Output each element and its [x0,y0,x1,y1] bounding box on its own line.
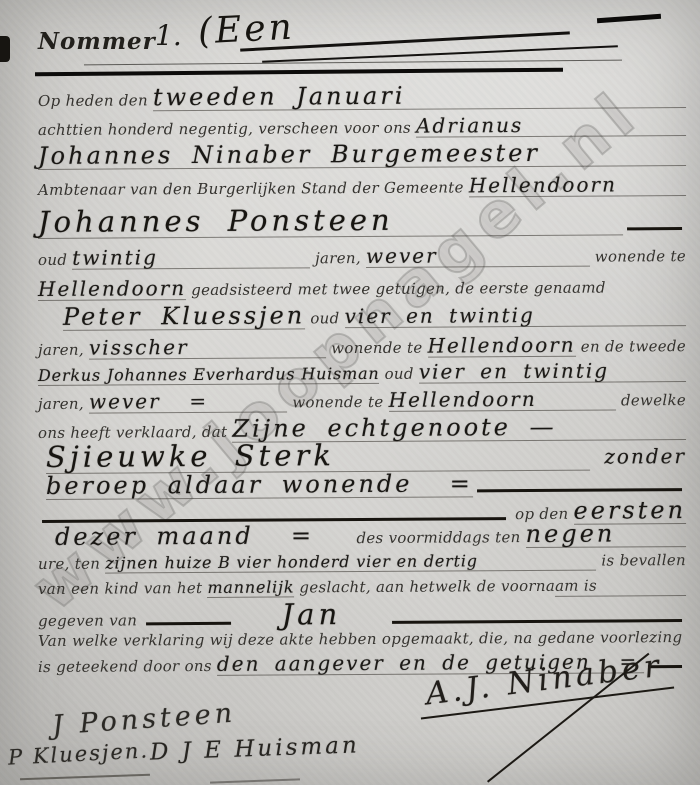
handwritten-text: Adrianus [416,114,686,138]
handwritten-text: visscher [89,336,326,359]
pen-stroke [627,227,682,230]
scan-artifact [20,774,150,781]
document-line-1: Op heden den tweeden Januari [38,82,686,112]
signature-witness-2: D J E Huisman [150,732,361,765]
printed-text: is geteekend door ons [38,657,217,676]
printed-text: oud [305,309,344,327]
handwritten-text: Hellendoorn [469,174,686,197]
handwritten-text: Hellendoorn [38,278,186,301]
printed-text: Op heden den [38,91,153,110]
printed-text: oud [38,251,72,269]
printed-text: Van welke verklaring wij deze akte hebbe… [38,628,682,650]
header-underline [84,60,622,66]
document-line-5: Johannes Ponsteen [38,204,686,239]
document-line-9: jaren, visscher wonende te Hellendoorn e… [38,334,686,360]
printed-text: wonende te [287,393,388,412]
document-scan: Nommer 1. (Een www.joopnagel.nl Op heden… [0,0,700,785]
handwritten-text: negen [526,521,687,548]
handwritten-text: beroep aldaar wonende = [46,471,473,500]
header-rule [35,68,563,77]
signature-witness-1: P Kluesjen. [7,738,149,769]
printed-text: des voormiddags ten [351,528,525,547]
document-line-4: Ambtenaar van den Burgerlijken Stand der… [38,174,686,200]
handwritten-text: Sjieuwke Sterk [46,440,590,474]
printed-text: wonende te [590,247,686,266]
handwritten-text: Johannes Ninaber Burgemeester [38,140,686,170]
pen-stroke [146,622,231,626]
printed-text: en de tweede [576,337,686,356]
handwritten-text: Hellendoorn [427,335,575,358]
scan-artifact [210,778,300,783]
document-line-6: oud twintig jaren, wever wonende te [38,244,686,270]
printed-text: jaren, [38,341,89,359]
handwritten-text: twintig [72,246,310,269]
handwritten-text: Hellendoorn [389,388,616,411]
printed-text: jaren, [38,395,89,413]
document-number-label: Nommer [38,30,156,53]
document-line-19: gegeven van Jan [38,598,686,631]
printed-text: van een kind van het [38,579,208,598]
printed-text: gegeven van [38,611,142,630]
document-line-7: Hellendoorn geadsisteerd met twee getuig… [38,275,686,301]
document-line-11: jaren, wever = wonende te Hellendoorn de… [38,388,686,414]
document-line-16: dezer maand = des voormiddags ten negen [55,521,686,551]
printed-text: dewelke [616,391,686,409]
handwritten-text: mannelijk [207,579,294,598]
pen-stroke [477,488,682,492]
printed-text: ure, ten [38,555,105,573]
document-line-13: Sjieuwke Sterk zonder [46,439,686,474]
pen-stroke [597,14,661,23]
handwritten-text: dezer maand = [55,523,351,549]
document-line-20: Van welke verklaring wij deze akte hebbe… [38,628,686,650]
handwritten-text: Peter Kluessjen [63,303,305,330]
printed-text: geslacht, aan hetwelk de voorna [294,577,555,597]
printed-text: jaren, [310,249,366,267]
document-line-8: Peter Kluessjen oud vier en twintig [63,301,686,331]
handwritten-text: wever = [89,390,287,413]
printed-text: geadsisteerd met twee getuigen, de eerst… [186,279,606,300]
printed-text: oud [379,365,418,383]
printed-text: Ambtenaar van den Burgerlijken Stand der… [38,178,469,199]
printed-text: is bevallen [596,551,686,570]
handwritten-text: tweeden Januari [153,82,686,111]
printed-text: wonende te [326,339,427,358]
document-line-3: Johannes Ninaber Burgemeester [38,140,686,170]
handwritten-text: Johannes Ponsteen [38,204,623,239]
handwritten-text: zijnen huize B vier honderd vier en dert… [105,553,596,574]
handwritten-text: Derkus Johannes Everhardus Huisman [38,366,380,386]
handwritten-text: vier en twintig [345,304,687,328]
scan-artifact [0,36,10,62]
signature-declarant: J Ponsteen [51,698,237,742]
pen-stroke [392,619,682,624]
printed-text: achttien honderd negentig, verscheen voo… [38,119,416,139]
handwritten-text: wever [366,245,590,268]
handwritten-text: vier en twintig [419,360,686,384]
printed-text: am is [555,576,686,597]
document-number-value: 1. [155,22,182,50]
handwritten-text: Jan [235,600,388,630]
document-number-word: (Een [197,9,296,50]
handwritten-text: zonder [590,446,686,467]
document-line-14: beroep aldaar wonende = [46,470,686,500]
document-line-17: ure, ten zijnen huize B vier honderd vie… [38,551,686,574]
document-line-2: achttien honderd negentig, verscheen voo… [38,114,686,140]
document-line-10: Derkus Johannes Everhardus Huisman oud v… [38,360,686,386]
